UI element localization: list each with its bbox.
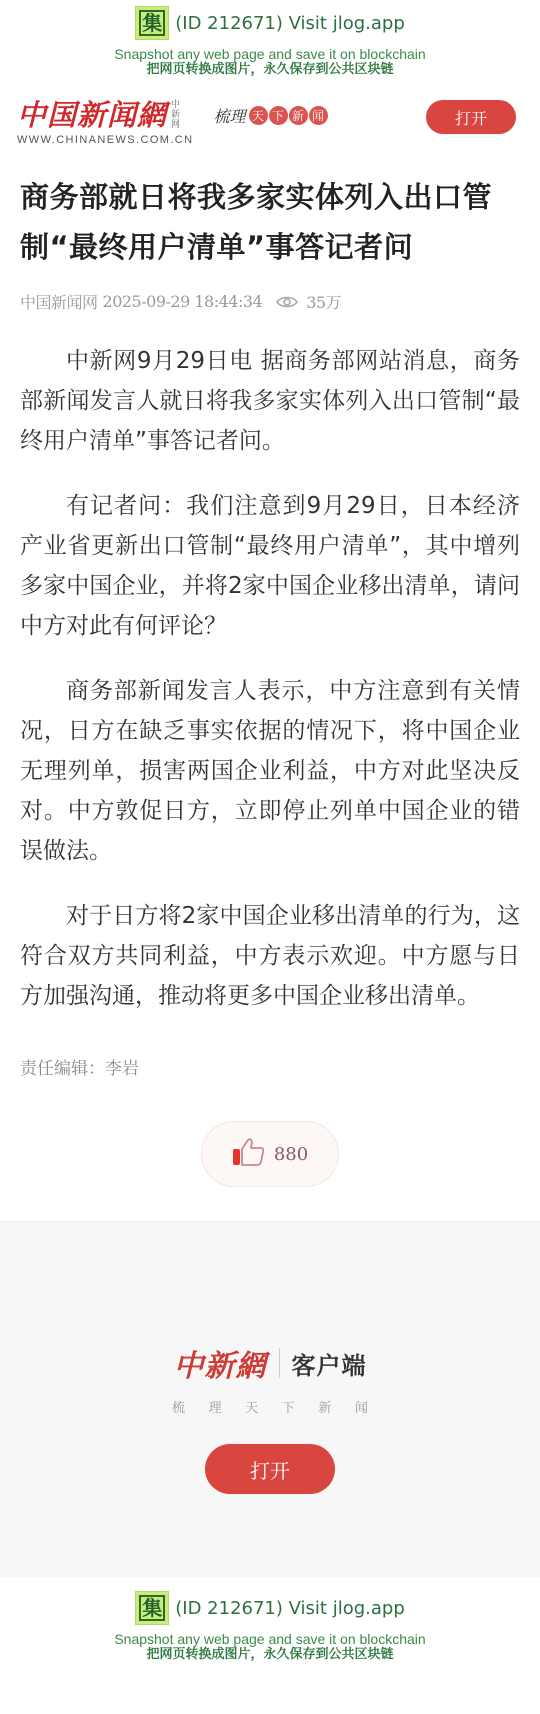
logo-text: 中国新闻網 xyxy=(17,99,167,131)
article: 商务部就日将我多家实体列入出口管制“最终用户清单”事答记者问 中国新闻网 202… xyxy=(0,172,540,1187)
jlog-banner-bottom: 集 (ID 212671) Visit jlog.app Snapshot an… xyxy=(0,1577,540,1671)
promo-logo: 中新網 客户端 xyxy=(174,1341,367,1385)
article-paragraph: 有记者问：我们注意到9月29日，日本经济产业省更新出口管制“最终用户清单”，其中… xyxy=(20,486,520,646)
thumbs-up-icon xyxy=(232,1137,266,1171)
slogan-seal: 新 xyxy=(289,106,308,125)
jlog-logo-icon: 集 xyxy=(135,6,169,40)
jlog-subtitle-en: Snapshot any web page and save it on blo… xyxy=(0,46,540,62)
jlog-title[interactable]: (ID 212671) Visit jlog.app xyxy=(175,13,405,34)
slogan-seal: 闻 xyxy=(309,106,328,125)
open-app-button[interactable]: 打开 xyxy=(426,100,516,134)
site-header: 中国新闻網 中 新 网 WWW.CHINANEWS.COM.CN 梳理 天 下 … xyxy=(0,86,540,158)
article-body: 中新网9月29日电 据商务部网站消息，商务部新闻发言人就日将我多家实体列入出口管… xyxy=(20,341,520,1016)
logo-url: WWW.CHINANEWS.COM.CN xyxy=(17,134,193,146)
logo-vertical-text: 中 新 网 xyxy=(171,100,180,130)
slogan-seal: 天 xyxy=(249,106,268,125)
like-count: 880 xyxy=(274,1144,308,1165)
header-slogan: 梳理 天 下 新 闻 xyxy=(213,104,328,127)
divider xyxy=(279,1348,280,1378)
jlog-logo-icon: 集 xyxy=(135,1591,169,1625)
jlog-subtitle-cn: 把网页转换成图片，永久保存到公共区块链 xyxy=(0,1647,540,1663)
jlog-subtitle-en: Snapshot any web page and save it on blo… xyxy=(0,1631,540,1647)
like-button[interactable]: 880 xyxy=(201,1121,339,1187)
article-datetime: 2025-09-29 18:44:34 xyxy=(103,292,263,311)
eye-icon xyxy=(276,295,298,309)
jlog-subtitle-cn: 把网页转换成图片，永久保存到公共区块链 xyxy=(0,62,540,78)
view-count: 35万 xyxy=(306,290,341,313)
article-source: 中国新闻网 xyxy=(20,290,98,313)
article-paragraph: 对于日方将2家中国企业移出清单的行为，这符合双方共同利益，中方表示欢迎。中方愿与… xyxy=(20,896,520,1016)
article-meta: 中国新闻网 2025-09-29 18:44:34 35万 xyxy=(20,290,520,313)
app-promo-section: 中新網 客户端 梳 理 天 下 新 闻 打开 xyxy=(0,1221,540,1577)
article-paragraph: 商务部新闻发言人表示，中方注意到有关情况，日方在缺乏事实依据的情况下，将中国企业… xyxy=(20,671,520,871)
jlog-title[interactable]: (ID 212671) Visit jlog.app xyxy=(175,1598,405,1619)
open-app-button-bottom[interactable]: 打开 xyxy=(205,1444,335,1494)
promo-slogan: 梳 理 天 下 新 闻 xyxy=(172,1397,368,1416)
article-editor: 责任编辑：李岩 xyxy=(20,1054,520,1079)
article-paragraph: 中新网9月29日电 据商务部网站消息，商务部新闻发言人就日将我多家实体列入出口管… xyxy=(20,341,520,461)
chinanews-logo[interactable]: 中国新闻網 中 新 网 WWW.CHINANEWS.COM.CN xyxy=(17,99,193,146)
jlog-banner-top: 集 (ID 212671) Visit jlog.app Snapshot an… xyxy=(0,0,540,86)
article-title: 商务部就日将我多家实体列入出口管制“最终用户清单”事答记者问 xyxy=(20,172,520,272)
slogan-seal: 下 xyxy=(269,106,288,125)
